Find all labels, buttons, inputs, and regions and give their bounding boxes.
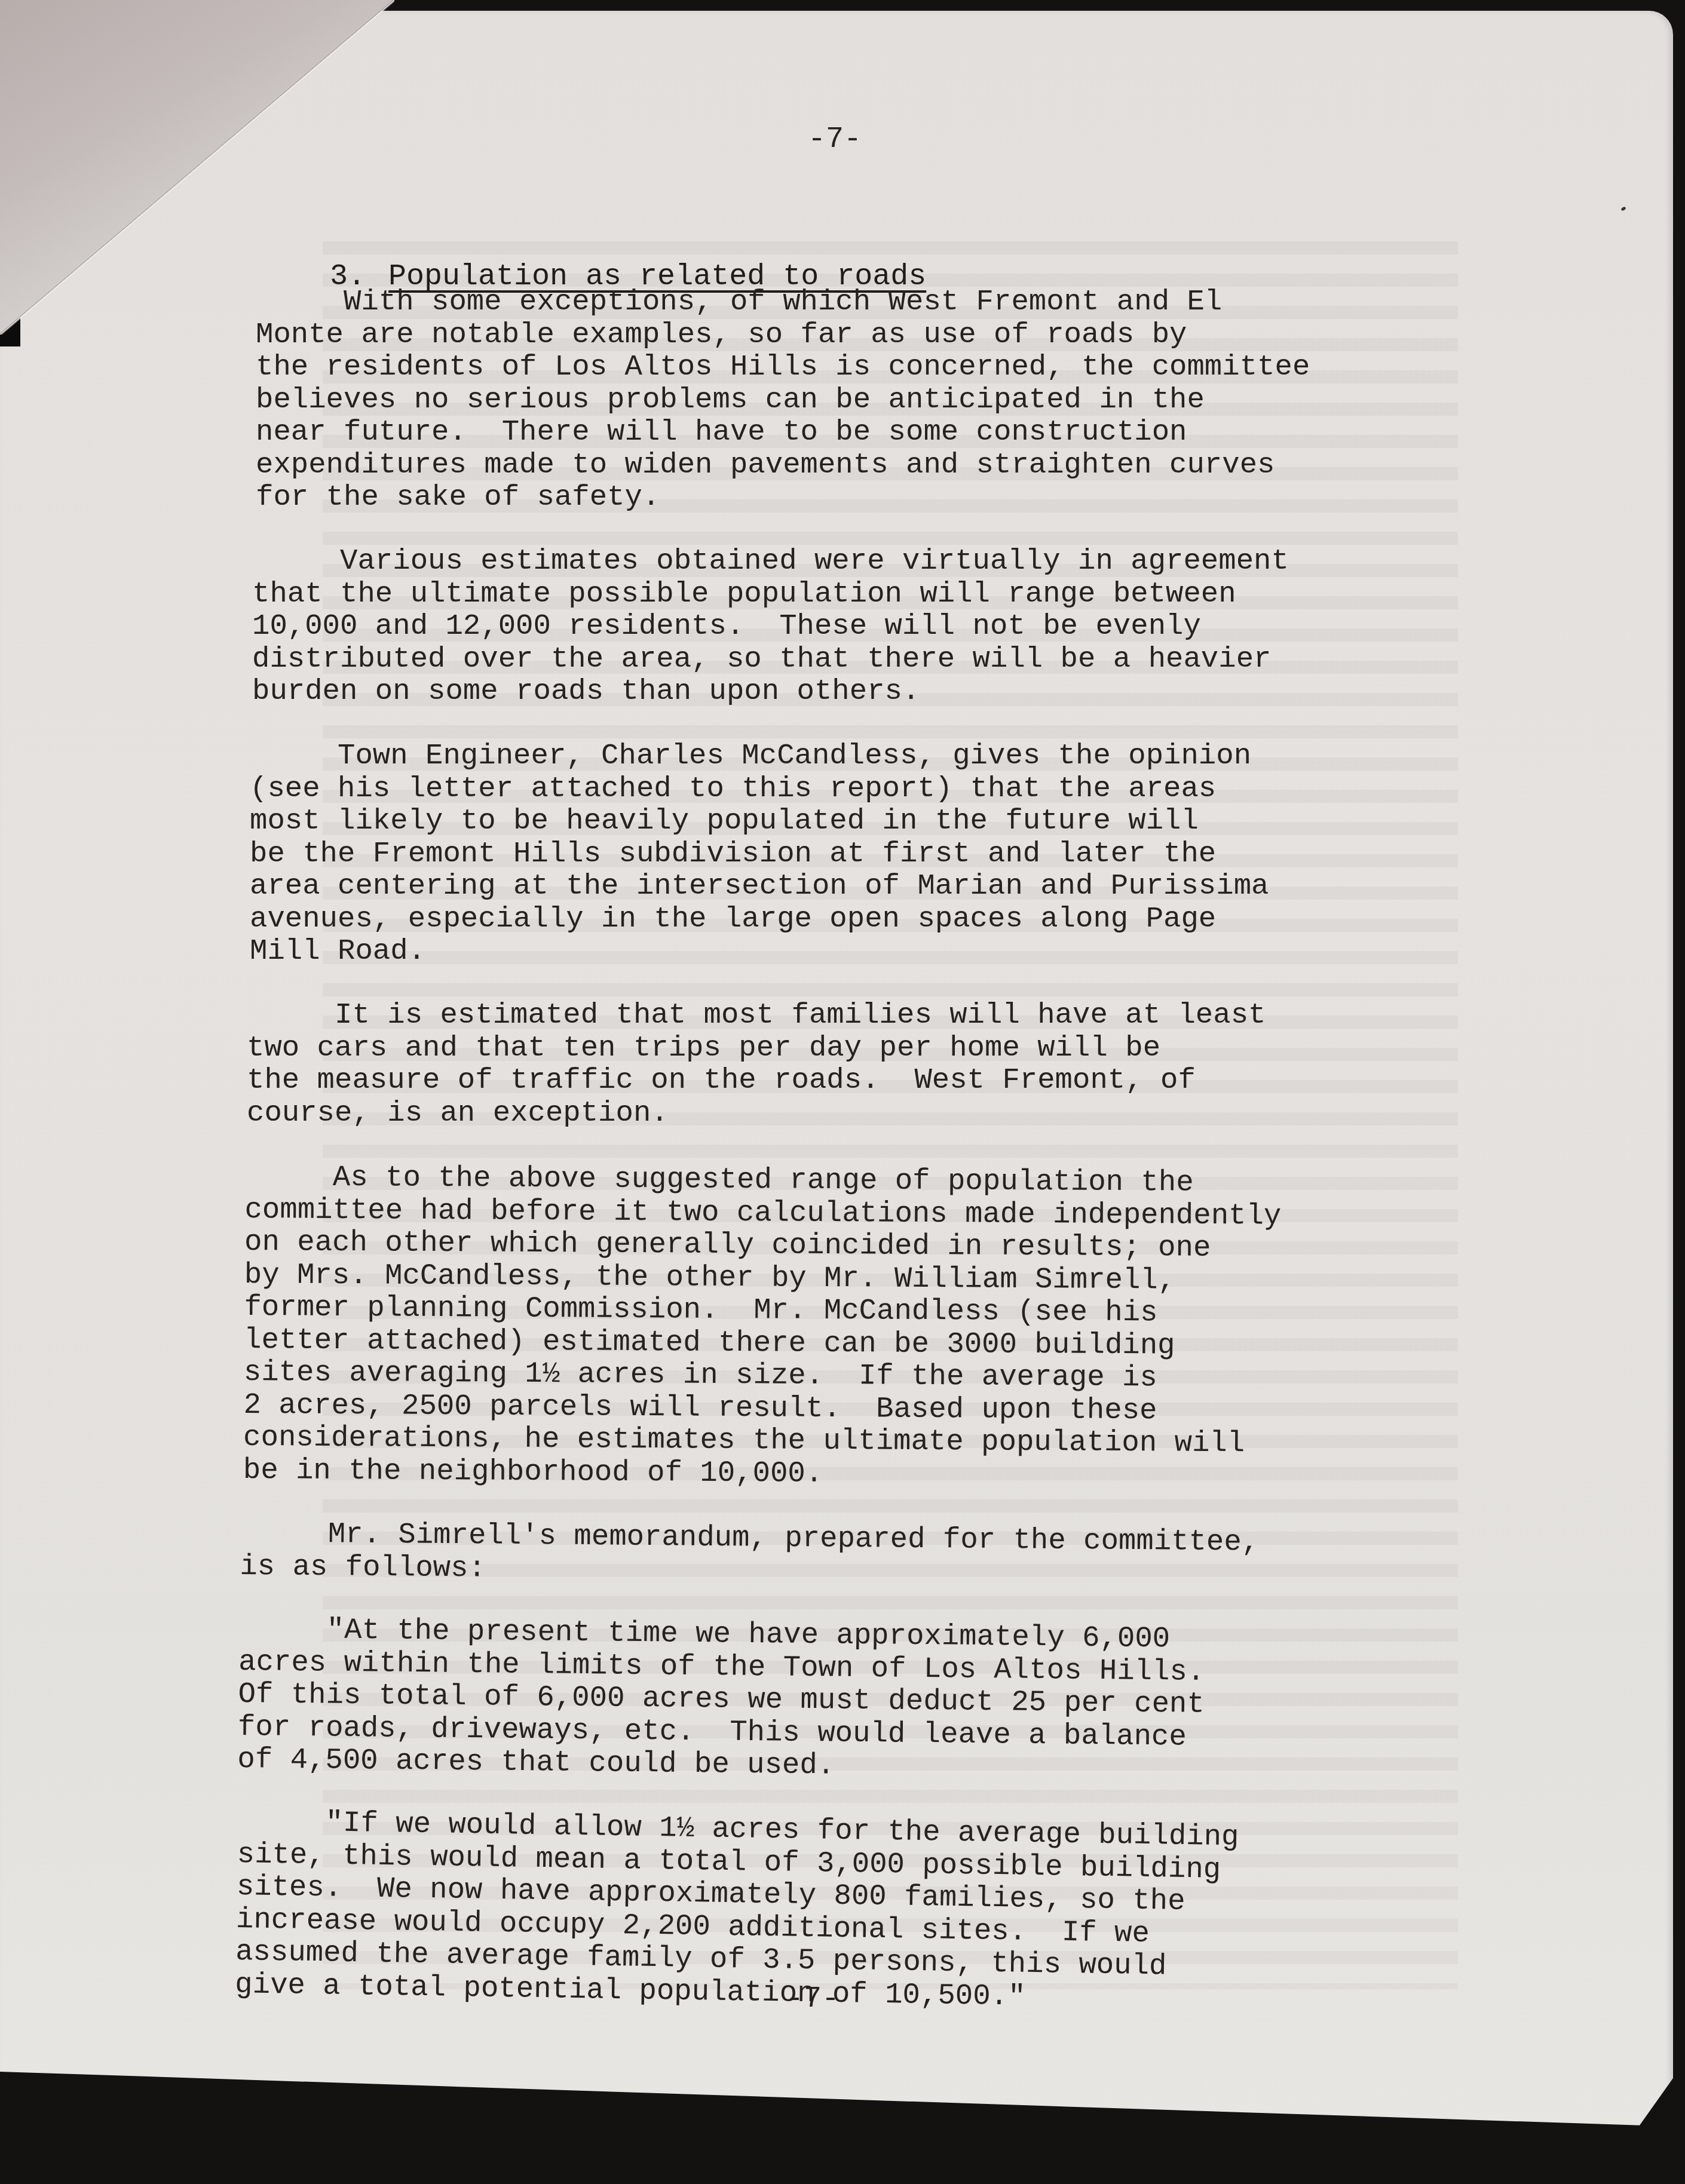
page-number-bottom: -7- (786, 1982, 840, 2016)
paragraph-memorandum-quote-1: "At the present time we have approximate… (237, 1613, 1205, 1786)
paragraph-calculations: As to the above suggested range of popul… (243, 1161, 1282, 1493)
page-number-top: -7- (808, 122, 862, 157)
text-line: be in the neighborhood of 10,000. (243, 1453, 1280, 1492)
text-line: most likely to be heavily populated in t… (250, 805, 1269, 838)
text-line: course, is an exception. (247, 1097, 1266, 1130)
text-line: area centering at the intersection of Ma… (250, 870, 1269, 903)
text-line: Mill Road. (250, 935, 1269, 968)
text-line: near future. There will have to be some … (256, 416, 1310, 449)
text-line: It is estimated that most families will … (247, 999, 1266, 1032)
text-line: be the Fremont Hills subdivision at firs… (250, 838, 1269, 870)
paragraph-town-engineer: Town Engineer, Charles McCandless, gives… (250, 740, 1269, 968)
text-line: distributed over the area, so that there… (252, 643, 1289, 676)
text-line: burden on some roads than upon others. (252, 675, 1289, 708)
text-line: Monte are notable examples, so far as us… (256, 318, 1310, 351)
text-line: the residents of Los Altos Hills is conc… (256, 351, 1310, 384)
text-line: Town Engineer, Charles McCandless, gives… (250, 740, 1269, 772)
text-line: 10,000 and 12,000 residents. These will … (252, 610, 1289, 643)
paragraph-memorandum-quote-2: "If we would allow 1½ acres for the aver… (235, 1805, 1239, 2016)
text-line: two cars and that ten trips per day per … (247, 1032, 1266, 1065)
text-line: With some exceptions, of which West Frem… (256, 286, 1310, 318)
photo-scene: -7- 3.Population as related to roads Wit… (0, 0, 1685, 2184)
paragraph-memorandum-intro: Mr. Simrell's memorandum, prepared for t… (240, 1517, 1259, 1591)
text-line: the measure of traffic on the roads. Wes… (247, 1064, 1266, 1097)
text-line: believes no serious problems can be anti… (256, 384, 1310, 416)
text-line: expenditures made to widen pavements and… (256, 449, 1310, 481)
text-line: that the ultimate possible population wi… (252, 578, 1289, 611)
text-line: Various estimates obtained were virtuall… (252, 545, 1289, 578)
text-line: for the sake of safety. (256, 481, 1310, 514)
paragraph-estimates: Various estimates obtained were virtuall… (252, 545, 1289, 708)
text-line: avenues, especially in the large open sp… (250, 903, 1269, 935)
text-line: (see his letter attached to this report)… (250, 772, 1269, 805)
paragraph-exceptions: With some exceptions, of which West Frem… (256, 286, 1310, 514)
paragraph-traffic: It is estimated that most families will … (247, 999, 1266, 1129)
